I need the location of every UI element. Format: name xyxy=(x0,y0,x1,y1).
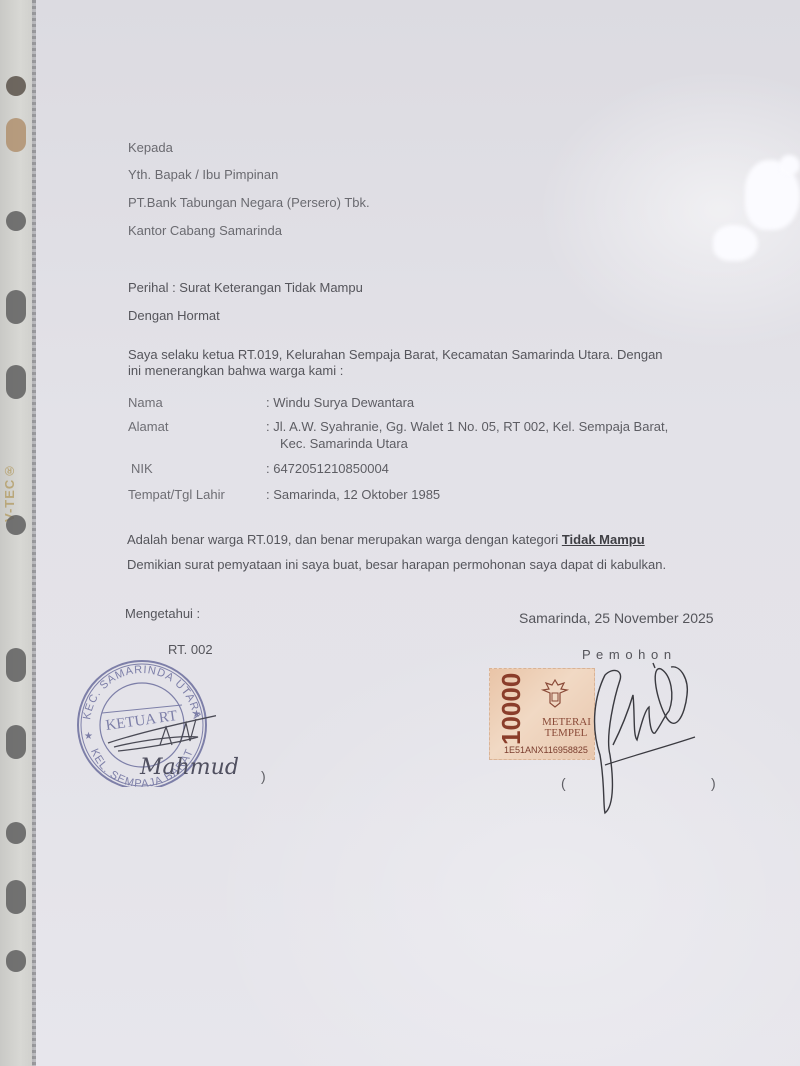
binder-hole-icon xyxy=(6,211,26,231)
subject-line: Perihal : Surat Keterangan Tidak Mampu xyxy=(128,280,363,296)
closing-statement: Demikian surat pemyataan ini saya buat, … xyxy=(127,557,666,573)
field-label-nama: Nama xyxy=(128,395,163,410)
binder-hole-icon xyxy=(6,290,26,324)
applicant-open-paren: ( xyxy=(561,775,566,791)
binder-hole-icon xyxy=(6,950,26,972)
applicant-signature xyxy=(575,655,705,815)
binder-hole-icon xyxy=(6,648,26,682)
svg-text:★: ★ xyxy=(84,731,93,742)
acknowledged-heading: Mengetahui : xyxy=(125,606,200,622)
addressee: Yth. Bapak / Ibu Pimpinan xyxy=(128,167,278,183)
binder-hole-icon xyxy=(6,725,26,759)
greeting: Dengan Hormat xyxy=(128,308,220,324)
salutation: Kepada xyxy=(128,140,173,156)
field-value-nama: : Windu Surya Dewantara xyxy=(266,395,414,410)
binder-hole-icon xyxy=(6,118,26,152)
rt-close-paren: ) xyxy=(261,768,266,784)
statement: Adalah benar warga RT.019, dan benar mer… xyxy=(127,532,645,548)
statement-text: Adalah benar warga RT.019, dan benar mer… xyxy=(127,532,562,547)
sheet-protector-edge xyxy=(32,0,36,1066)
field-label-nik: NIK xyxy=(131,461,153,476)
binder-hole-icon xyxy=(6,515,26,535)
binder-hole-icon xyxy=(6,365,26,399)
garuda-emblem-icon xyxy=(540,677,570,711)
stamp-duty-value: 10000 xyxy=(496,675,526,745)
binder-hole-icon xyxy=(6,822,26,844)
binder-hole-icon xyxy=(6,880,26,914)
svg-text:★: ★ xyxy=(192,709,201,720)
applicant-close-paren: ) xyxy=(711,775,716,791)
branch-name: Kantor Cabang Samarinda xyxy=(128,223,282,239)
rt-signed-name: Mahmud xyxy=(140,756,239,780)
intro-paragraph-line1: Saya selaku ketua RT.019, Kelurahan Semp… xyxy=(128,347,663,363)
intro-paragraph-line2: ini menerangkan bahwa warga kami : xyxy=(128,363,343,379)
field-label-alamat: Alamat xyxy=(128,419,168,434)
place-date: Samarinda, 25 November 2025 xyxy=(519,610,714,626)
light-glare xyxy=(713,225,758,261)
light-glare xyxy=(780,155,800,175)
binder-hole-icon xyxy=(6,76,26,96)
category-highlight: Tidak Mampu xyxy=(562,532,645,547)
field-value-alamat-cont: Kec. Samarinda Utara xyxy=(280,436,408,451)
field-value-birth: : Samarinda, 12 Oktober 1985 xyxy=(266,487,440,502)
field-label-birth: Tempat/Tgl Lahir xyxy=(128,487,225,502)
field-value-nik: : 6472051210850004 xyxy=(266,461,389,476)
company-name: PT.Bank Tabungan Negara (Persero) Tbk. xyxy=(128,195,370,211)
field-value-alamat: : Jl. A.W. Syahranie, Gg. Walet 1 No. 05… xyxy=(266,419,668,434)
binder-brand: V-TEC® xyxy=(2,412,18,522)
